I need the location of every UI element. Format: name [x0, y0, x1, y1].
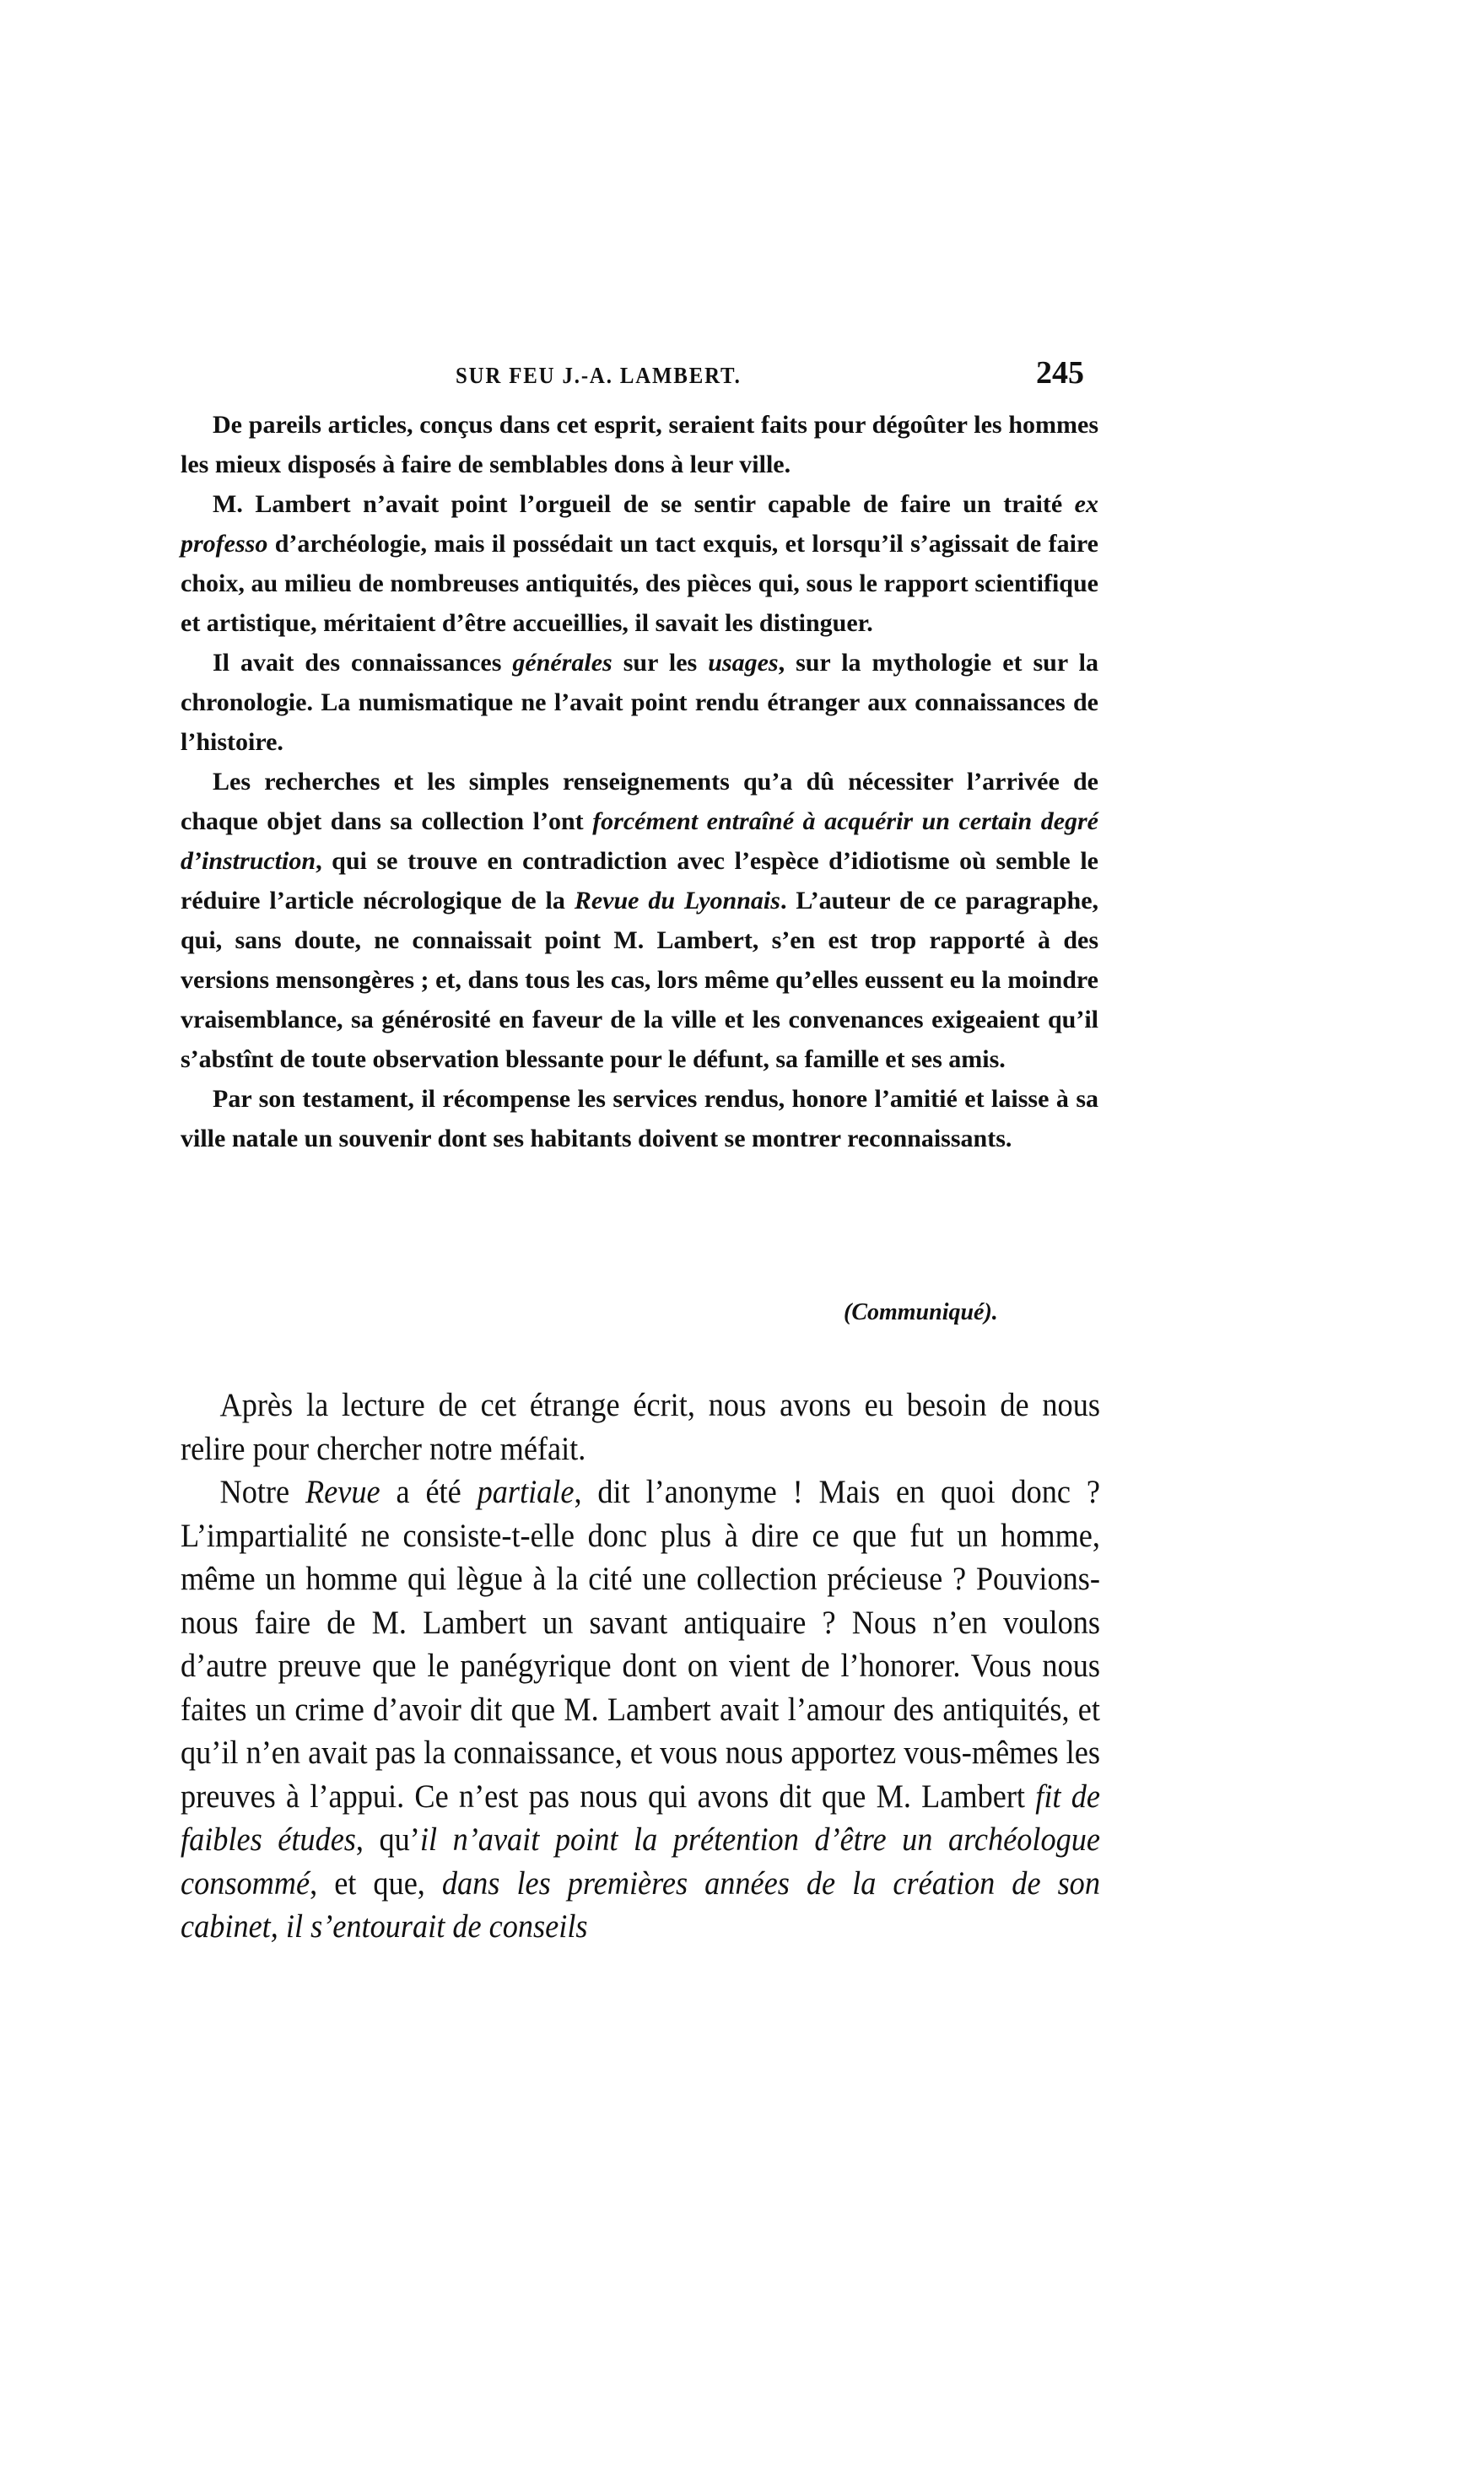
text-run: M. Lambert n’avait point l’orgueil de se… [213, 490, 1075, 518]
italic-text: générales [512, 649, 612, 677]
italic-text: usages [708, 649, 778, 677]
paragraph: Les recherches et les simples renseignem… [181, 762, 1098, 1079]
paragraph: Il avait des connaissances générales sur… [181, 643, 1098, 762]
paragraph: De pareils articles, conçus dans cet esp… [181, 405, 1098, 484]
quoted-letter: De pareils articles, conçus dans cet esp… [181, 405, 1098, 1158]
text-run: Après la lecture de cet étrange écrit, n… [181, 1387, 1100, 1467]
text-run: a été [380, 1474, 478, 1510]
text-run: . L’auteur de ce paragraphe, qui, sans d… [181, 887, 1098, 1073]
paragraph: Par son testament, il récompense les ser… [181, 1079, 1098, 1158]
paragraph: M. Lambert n’avait point l’orgueil de se… [181, 484, 1098, 643]
letter-signature: (Communiqué). [844, 1299, 998, 1326]
text-run: sur les [612, 649, 708, 677]
text-run: , qu’ [356, 1821, 420, 1858]
paragraph: Après la lecture de cet étrange écrit, n… [181, 1384, 1100, 1470]
text-run: Par son testament, il récompense les ser… [181, 1085, 1098, 1152]
book-page: SUR FEU J.-A. LAMBERT. 245 De pareils ar… [0, 0, 1484, 2482]
text-run: d’archéologie, mais il possédait un tact… [181, 530, 1098, 637]
text-run: De pareils articles, conçus dans cet esp… [181, 411, 1098, 478]
running-title: SUR FEU J.-A. LAMBERT. [456, 363, 742, 389]
italic-text: Revue du Lyonnais [575, 887, 780, 915]
editorial-response: Après la lecture de cet étrange écrit, n… [181, 1384, 1100, 1949]
text-run: Il avait des connaissances [213, 649, 512, 677]
text-run: , dit l’anonyme ! Mais en quoi donc ? L’… [181, 1474, 1100, 1815]
text-run: , et que, [310, 1865, 442, 1902]
paragraph: Notre Revue a été partiale, dit l’anonym… [181, 1470, 1100, 1949]
italic-text: Revue [305, 1474, 380, 1510]
text-run: Notre [220, 1474, 305, 1510]
italic-text: partiale [478, 1474, 575, 1510]
page-number: 245 [1036, 354, 1084, 391]
